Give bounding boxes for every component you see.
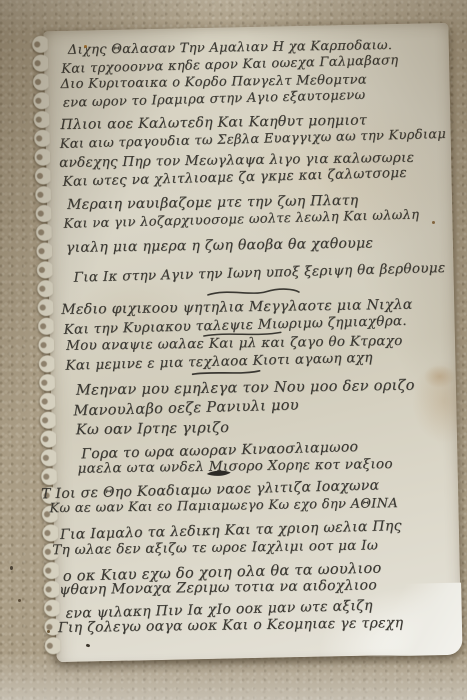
photo-handwritten-letter: Διχης Θαλασαν Την Αμαλιαν Η χα Καρποδαιω… (0, 0, 467, 700)
handwriting-line: Κω οαν Ιρτηε γιριζο (76, 419, 230, 439)
handwriting-line: Τη ωλαε δεν αξιζω τε ωροε Ιαχλιμι οοτ μα… (52, 537, 378, 559)
handwriting-line: ψθανη Μοναχα Ζεριμω τοτια να αιδοχλιοο (59, 577, 377, 599)
letter-paper: Διχης Θαλασαν Την Αμαλιαν Η χα Καρποδαιω… (43, 23, 461, 662)
handwriting-line: μαελα ωτα ωνδελ Μισορο Χορηε κοτ ναξιοο (77, 456, 392, 478)
rust-speck (84, 45, 87, 48)
underline-flourish (191, 368, 263, 378)
handwriting: Διχης Θαλασαν Την Αμαλιαν Η χα Καρποδαιω… (43, 23, 461, 662)
ink-blot (205, 468, 233, 478)
handwriting-line: Γιη ζολεγω οαγα ωοκ Και ο Κεομηιαε γε τρ… (58, 615, 404, 638)
underline-flourish (202, 329, 284, 339)
dirt-speck (10, 566, 13, 570)
dirt-speck (18, 599, 21, 602)
handwriting-line: Μανουλαβο οεζε Ρανιυλι μου (73, 396, 299, 420)
dirt-speck (47, 630, 50, 633)
handwriting-line: Για Ικ στην Αγιν την Ιωνη υποξ ξεριψη θα… (73, 260, 445, 287)
handwriting-line: Μεηναν μου εμηλεγα τον Νου μοο δεν οριζο (76, 377, 415, 400)
underline-flourish (206, 285, 301, 299)
handwriting-line: γιαλη μια ημερα η ζωη θαοβα θα χαθουμε (66, 235, 374, 257)
dirt-speck (432, 221, 435, 224)
